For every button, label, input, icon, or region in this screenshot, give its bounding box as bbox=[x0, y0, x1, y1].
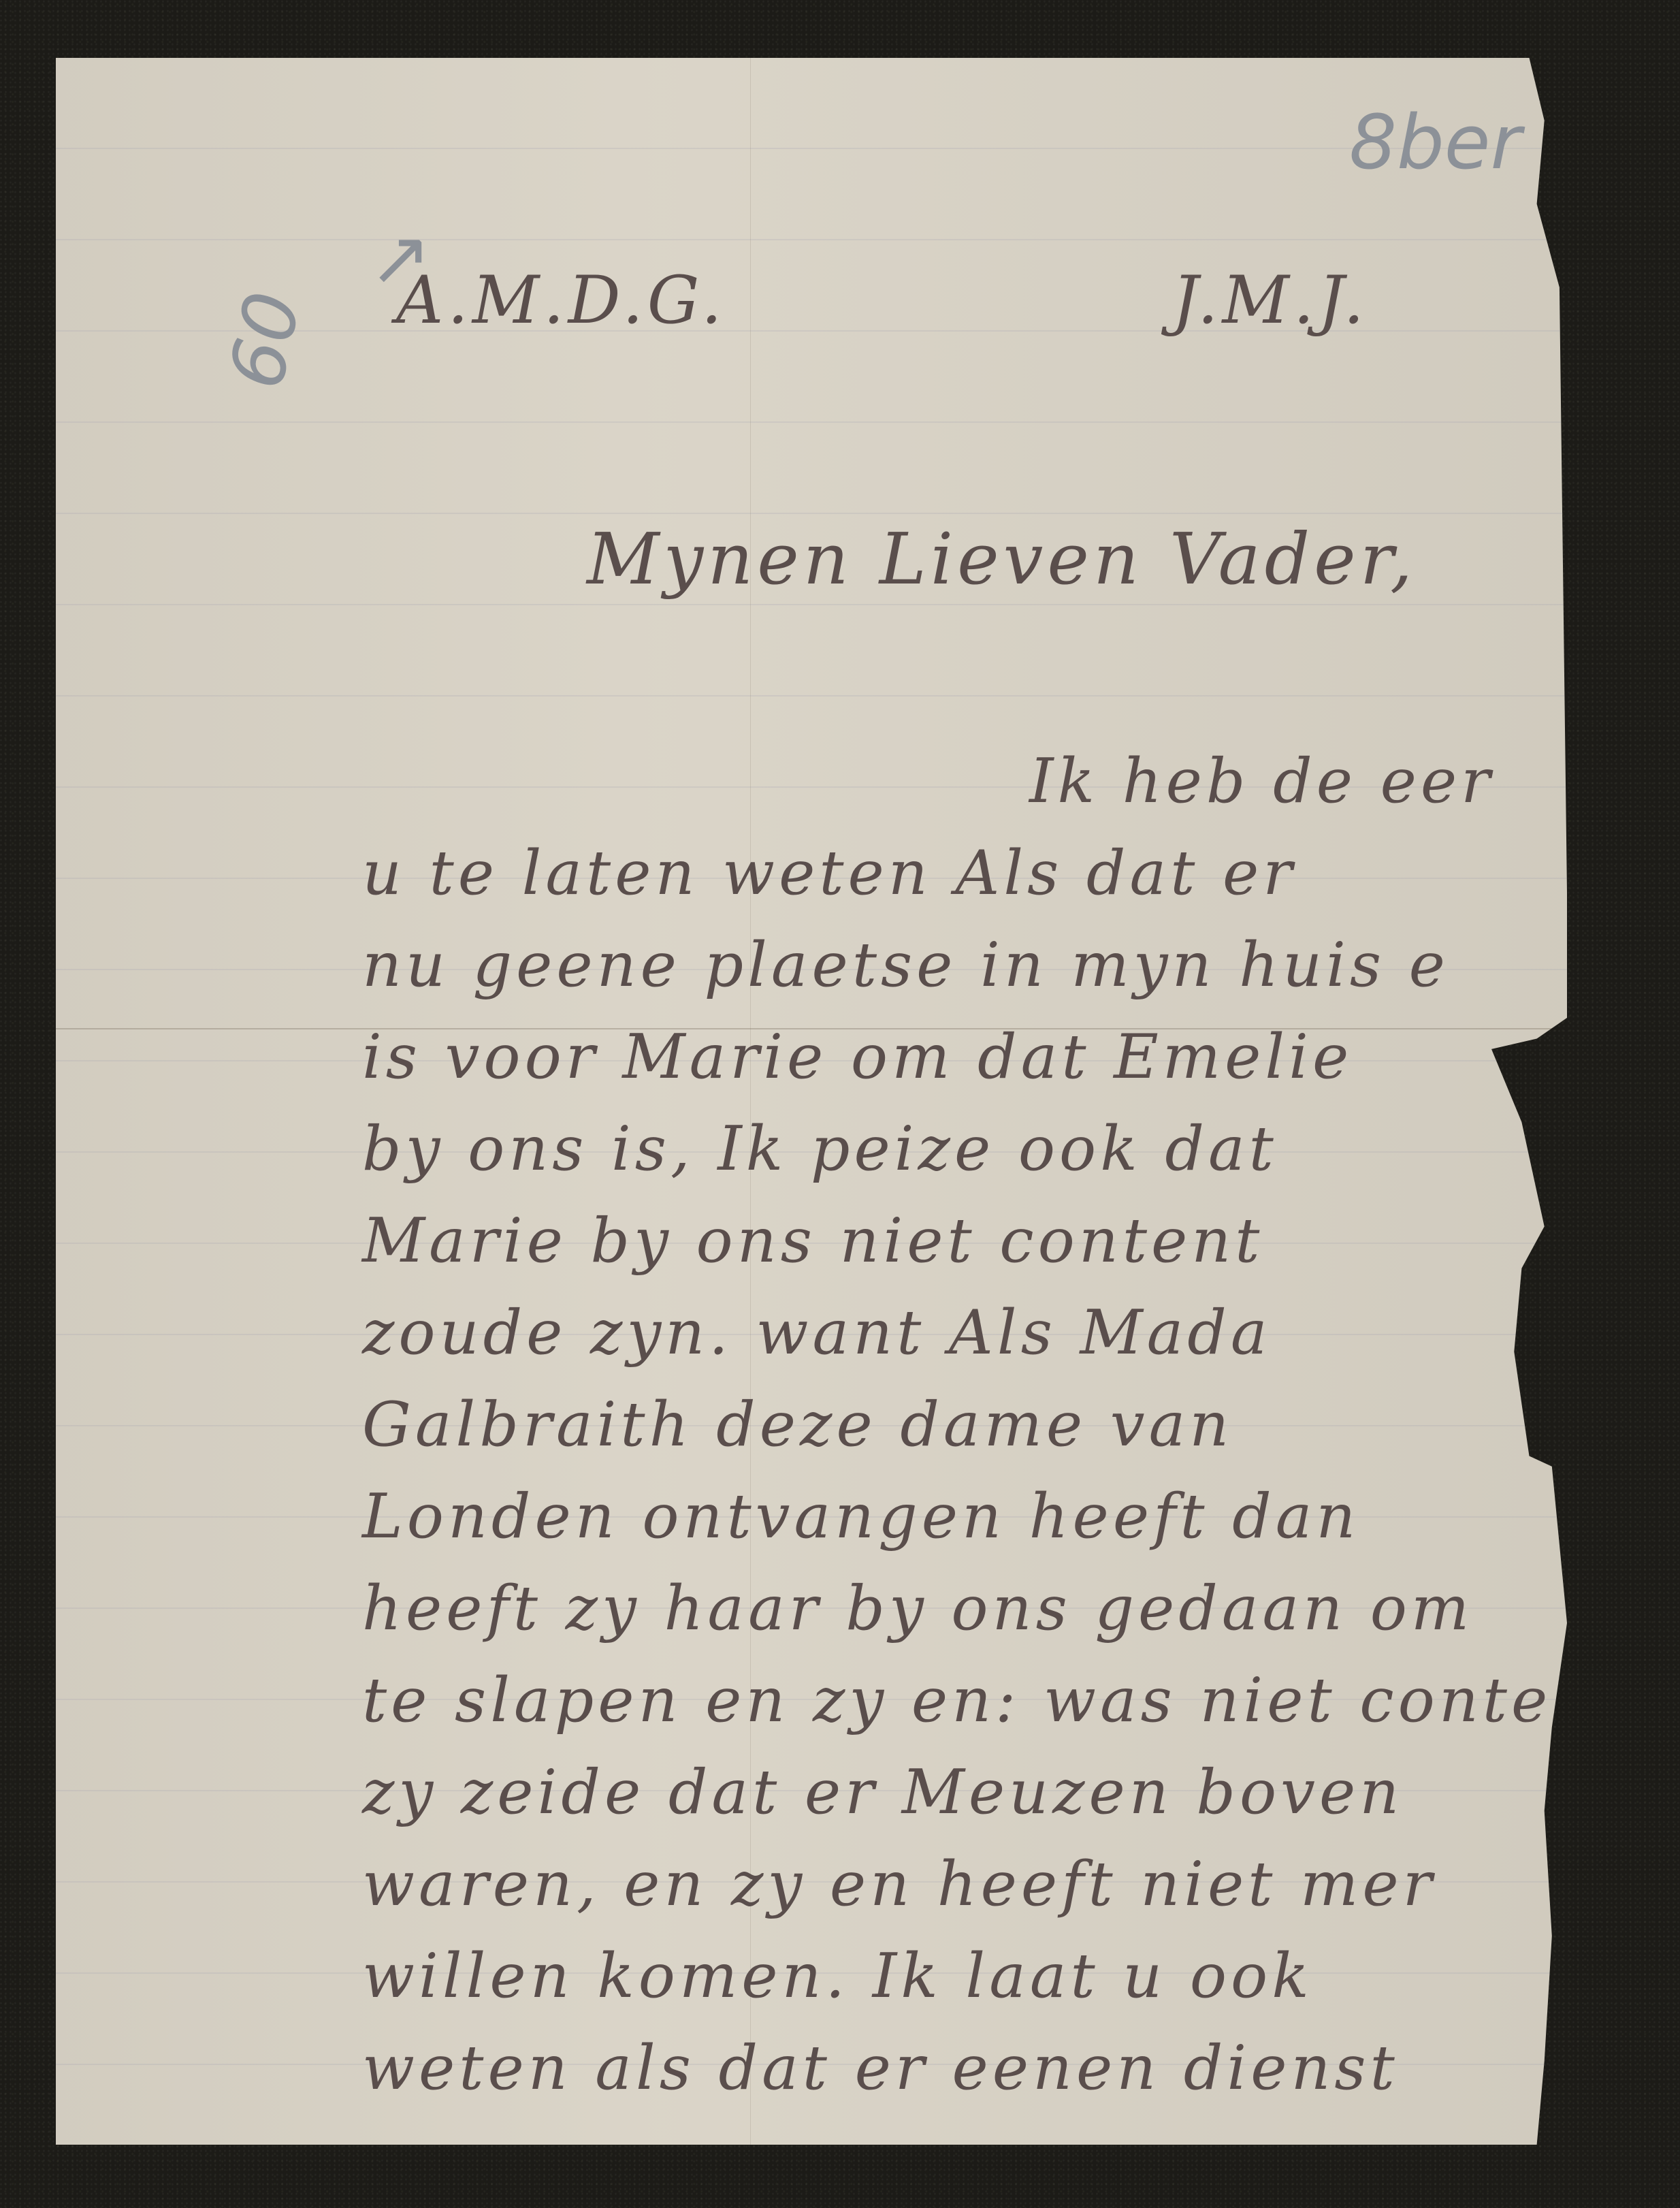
header-jmj: J.M.J. bbox=[1172, 262, 1368, 338]
vertical-fold-line bbox=[750, 58, 751, 2145]
body-line: nu geene plaetse in myn huis e bbox=[362, 929, 1449, 1001]
body-line: Marie by ons niet content bbox=[362, 1205, 1263, 1277]
body-line: by ons is, Ik peize ook dat bbox=[362, 1113, 1278, 1185]
body-line: Ik heb de eer bbox=[1029, 746, 1494, 817]
body-line: weten als dat er eenen dienst bbox=[362, 2032, 1399, 2104]
salutation: Mynen Lieven Vader, bbox=[587, 517, 1417, 601]
letter-page: 60 ↗ 8ber A.M.D.G. J.M.J. Mynen Lieven V… bbox=[56, 58, 1567, 2145]
body-line: Londen ontvangen heeft dan bbox=[362, 1481, 1359, 1552]
body-line: willen komen. Ik laat u ook bbox=[362, 1940, 1313, 2012]
body-line: is voor Marie om dat Emelie bbox=[362, 1021, 1353, 1093]
body-line: zoude zyn. want Als Mada bbox=[362, 1297, 1272, 1369]
body-line: waren, en zy en heeft niet mer bbox=[362, 1849, 1436, 1920]
header-amdg: A.M.D.G. bbox=[396, 262, 726, 338]
body-line: zy zeide dat er Meuzen boven bbox=[362, 1757, 1403, 1828]
pencil-month-note: 8ber bbox=[1349, 99, 1521, 186]
body-line: heeft zy haar by ons gedaan om bbox=[362, 1573, 1473, 1644]
body-line: Galbraith deze dame van bbox=[362, 1389, 1233, 1460]
body-line: te slapen en zy en: was niet conte bbox=[362, 1665, 1551, 1736]
pencil-folio-number: 60 bbox=[212, 285, 317, 396]
body-line: u te laten weten Als dat er bbox=[362, 837, 1296, 909]
